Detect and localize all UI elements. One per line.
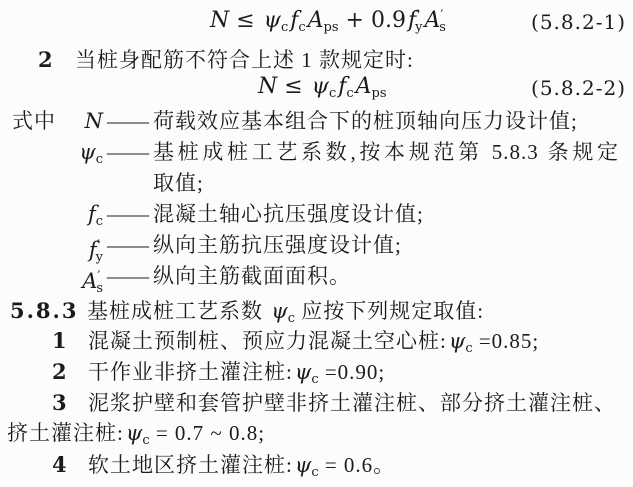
definition-dash: ——	[107, 137, 149, 168]
clause-2-number: 2	[38, 44, 75, 76]
equation-5822: N ≤ ψcfcAps	[256, 74, 387, 101]
item-3-number: 3	[52, 387, 88, 418]
clause-2-line: 2当桩身配筋不符合上述 1 款规定时:	[0, 44, 633, 76]
definition-row-As: A′s —— 纵向主筋截面面积。	[0, 261, 633, 292]
item-1-text: 混凝土预制桩、预应力混凝土空心桩:ψc =0.85;	[88, 329, 539, 353]
definition-desc-psi-c: 基桩成桩工艺系数,按本规范第 5.8.3 条规定取值;	[153, 137, 619, 199]
definition-dash: ——	[107, 106, 149, 137]
definition-dash: ——	[107, 230, 149, 261]
section-583-number: 5.8.3	[10, 294, 87, 327]
section-583-title: 基桩成桩工艺系数 ψc 应按下列规定取值:	[87, 299, 484, 323]
definitions-label: 式中	[12, 106, 56, 137]
definition-desc-fc: 混凝土轴心抗压强度设计值;	[153, 199, 619, 230]
equation-number-5822: (5.8.2-2)	[531, 76, 626, 100]
item-3-text-line1: 泥浆护壁和套管护壁非挤土灌注桩、部分挤土灌注桩、	[88, 391, 616, 415]
definition-row-N: 式中 N —— 荷载效应基本组合下的桩顶轴向压力设计值;	[0, 106, 633, 137]
item-2-text: 干作业非挤土灌注桩:ψc =0.90;	[88, 360, 385, 384]
item-1-number: 1	[52, 325, 88, 356]
equation-number-5821: (5.8.2-1)	[531, 10, 626, 34]
equation-row-5821: N ≤ ψcfcAps + 0.9f′yA′s (5.8.2-1)	[0, 6, 633, 44]
definition-row-fc: fc —— 混凝土轴心抗压强度设计值;	[0, 199, 633, 230]
scanned-code-page: N ≤ ψcfcAps + 0.9f′yA′s (5.8.2-1) 2当桩身配筋…	[0, 0, 633, 487]
symbol-psi-c: ψc	[56, 137, 103, 168]
item-4-text: 软土地区挤土灌注桩:ψc = 0.6。	[88, 453, 395, 477]
equation-5821: N ≤ ψcfcAps + 0.9f′yA′s	[208, 8, 446, 35]
definition-row-fy: f′y —— 纵向主筋抗压强度设计值;	[0, 230, 633, 261]
section-583-heading: 5.8.3基桩成桩工艺系数 ψc 应按下列规定取值:	[0, 292, 633, 325]
definition-dash: ——	[107, 261, 149, 292]
definition-dash: ——	[107, 199, 149, 230]
definition-desc-N: 荷载效应基本组合下的桩顶轴向压力设计值;	[153, 106, 619, 137]
definition-desc-As: 纵向主筋截面面积。	[153, 261, 619, 292]
list-item-4: 4软土地区挤土灌注桩:ψc = 0.6。	[0, 449, 633, 480]
list-item-3: 3泥浆护壁和套管护壁非挤土灌注桩、部分挤土灌注桩、	[0, 387, 633, 418]
list-item-3-continuation: 挤土灌注桩:ψc = 0.7 ~ 0.8;	[0, 418, 633, 449]
symbol-definitions: 式中 N —— 荷载效应基本组合下的桩顶轴向压力设计值; ψc —— 基桩成桩工…	[0, 106, 633, 292]
definition-desc-fy: 纵向主筋抗压强度设计值;	[153, 230, 619, 261]
symbol-As-prime: A′s	[56, 261, 103, 292]
item-2-number: 2	[52, 356, 88, 387]
list-item-1: 1混凝土预制桩、预应力混凝土空心桩:ψc =0.85;	[0, 325, 633, 356]
symbol-fc: fc	[56, 199, 103, 230]
symbol-fy-prime: f′y	[56, 230, 103, 261]
equation-row-5822: N ≤ ψcfcAps (5.8.2-2)	[0, 76, 633, 106]
clause-2-text: 当桩身配筋不符合上述 1 款规定时:	[75, 48, 414, 72]
definition-row-psi-c: ψc —— 基桩成桩工艺系数,按本规范第 5.8.3 条规定取值;	[0, 137, 633, 199]
symbol-N: N	[56, 106, 103, 137]
item-4-number: 4	[52, 449, 88, 480]
list-item-2: 2干作业非挤土灌注桩:ψc =0.90;	[0, 356, 633, 387]
